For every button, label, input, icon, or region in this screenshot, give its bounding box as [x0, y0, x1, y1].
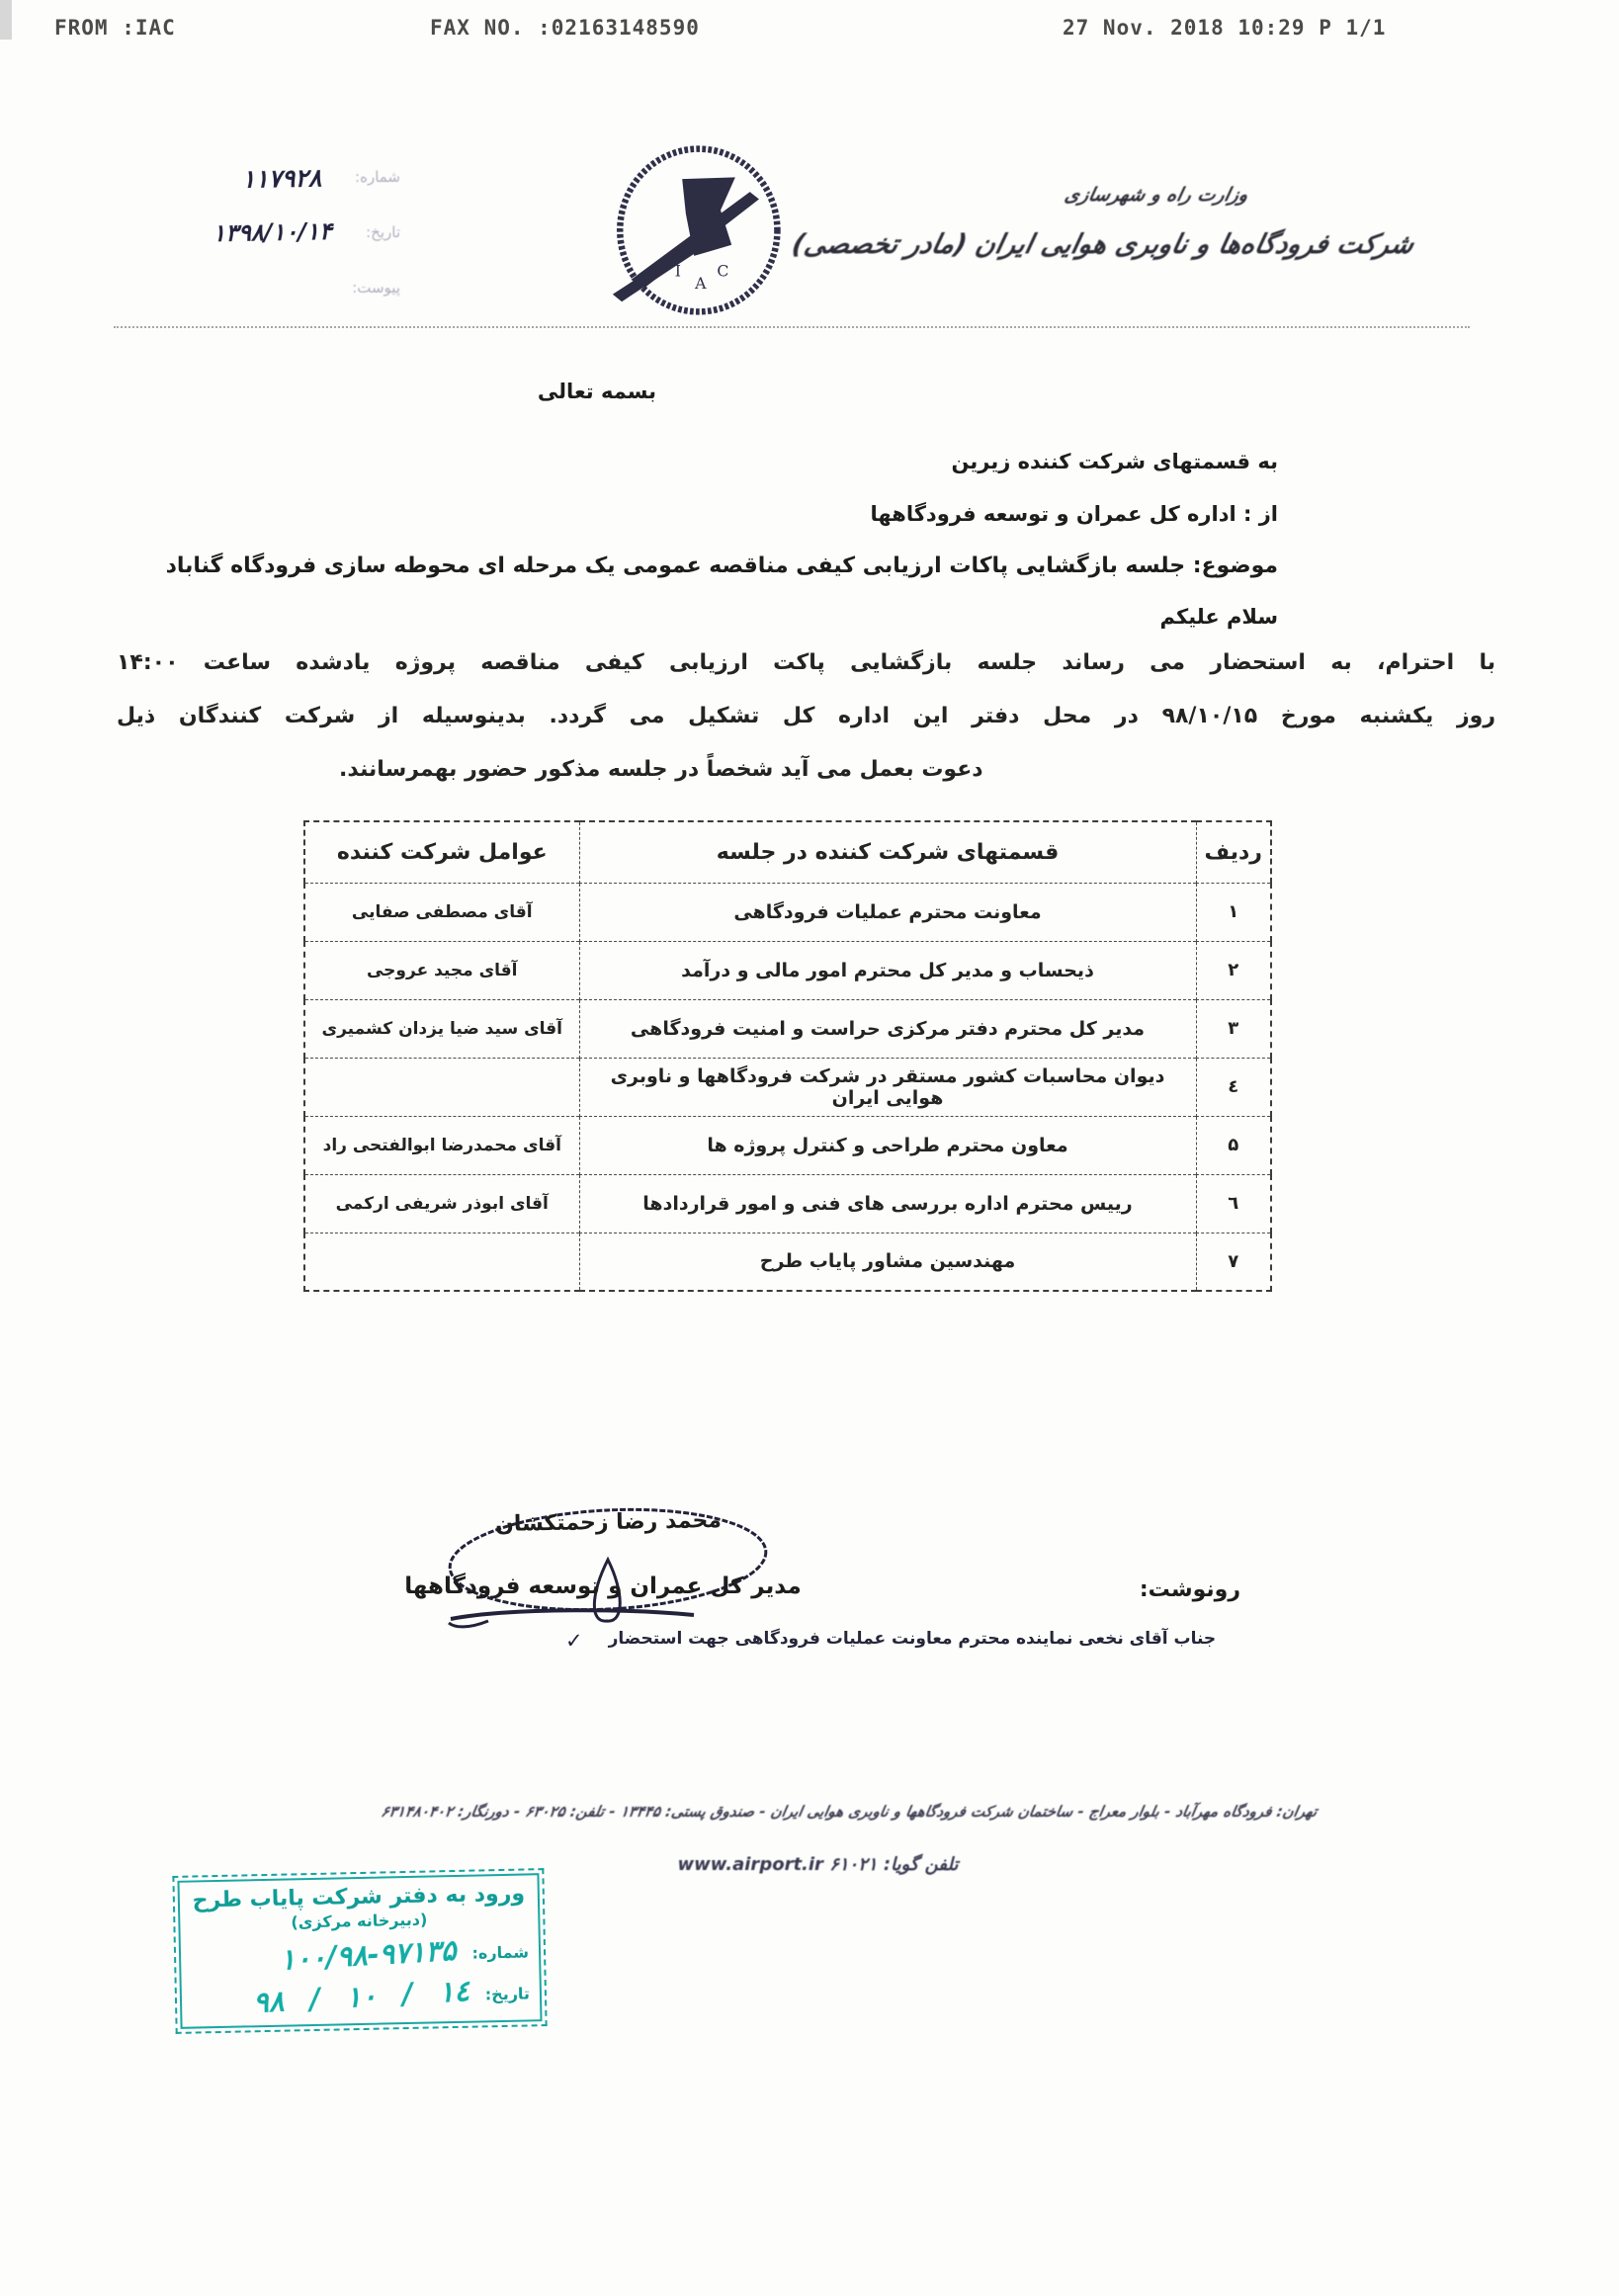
agent-cell — [304, 1058, 579, 1116]
letter-subject-line: موضوع: جلسه بازگشایی پاکات ارزیابی کیفی … — [166, 553, 1278, 578]
table-row: ۵ معاون محترم طراحی و کنترل پروژه ها آقا… — [304, 1116, 1271, 1174]
agent-cell: آقای مجید عروجی — [304, 941, 579, 999]
department-cell: ذیحساب و مدیر کل محترم امور مالی و درآمد — [579, 941, 1196, 999]
row-number-cell: ۵ — [1196, 1116, 1271, 1174]
signature-underline-icon — [445, 1603, 702, 1629]
table-row: ۳ مدیر کل محترم دفتر مرکزی حراست و امنیت… — [304, 999, 1271, 1058]
row-number-cell: ٤ — [1196, 1058, 1271, 1116]
letter-to-line: به قسمتهای شرکت کننده زیرین — [952, 450, 1279, 473]
checkmark-icon: ✓ — [565, 1629, 583, 1653]
table-row: ۲ ذیحساب و مدیر کل محترم امور مالی و درآ… — [304, 941, 1271, 999]
letter-from-line: از : اداره کل عمران و توسعه فرودگاهها — [871, 502, 1278, 526]
row-number-cell: ۲ — [1196, 941, 1271, 999]
body-paragraph-line-1: با احترام، به استحضار می رساند جلسه بازگ… — [117, 650, 1495, 675]
stamp-number-row: شماره: ۱۰۰/۹۸-۹۷۱۳۵ — [191, 1934, 530, 1975]
stamp-date-label: تاریخ: — [485, 1984, 531, 2003]
body-paragraph-line-2: روز یکشنبه مورخ ۹۸/۱۰/۱۵ در محل دفتر این… — [117, 704, 1495, 728]
letter-salutation: سلام علیکم — [1160, 605, 1278, 629]
row-number-cell: ٦ — [1196, 1174, 1271, 1233]
department-cell: مهندسین مشاور پایاب طرح — [579, 1233, 1196, 1291]
signatory-title: مدیر کل عمران و توسعه فرودگاهها — [390, 1573, 815, 1599]
col-header-row-number: ردیف — [1196, 821, 1271, 883]
agent-cell: آقای محمدرضا ابوالفتحی راد — [304, 1116, 579, 1174]
footer-address-line: تهران: فرودگاه مهرآباد - بلوار معراج - س… — [164, 1803, 1533, 1821]
body-paragraph-line-3: دعوت بعمل می آید شخصاً در جلسه مذکور حضو… — [339, 757, 983, 782]
table-row: ۱ معاونت محترم عملیات فرودگاهی آقای مصطف… — [304, 883, 1271, 941]
ref-date-label: تاریخ: — [341, 223, 400, 241]
fax-number: FAX NO. :02163148590 — [430, 16, 700, 40]
received-stamp: ورود به دفتر شرکت پایاب طرح (دبیرخانه مر… — [172, 1868, 547, 2034]
fax-document-page: FROM :IAC FAX NO. :02163148590 27 Nov. 2… — [0, 0, 1619, 2296]
col-header-agents: عوامل شرکت کننده — [304, 821, 579, 883]
stamp-number-label: شماره: — [471, 1942, 529, 1962]
received-stamp-inner-border: ورود به دفتر شرکت پایاب طرح (دبیرخانه مر… — [177, 1873, 542, 2029]
handwritten-ref-number: ۱۱۷۹۲۸ — [208, 163, 356, 195]
handwritten-ref-date: ۱۳۹۸/۱۰/۱۴ — [186, 216, 359, 247]
table-row: ۷ مهندسین مشاور پایاب طرح — [304, 1233, 1271, 1291]
stamp-date-value: ۹۸ / ۱۰ / ١٤ — [252, 1974, 470, 2019]
department-cell: رییس محترم اداره بررسی های فنی و امور قر… — [579, 1174, 1196, 1233]
stamp-number-value: ۱۰۰/۹۸-۹۷۱۳۵ — [279, 1933, 457, 1977]
table-row: ٦ رییس محترم اداره بررسی های فنی و امور … — [304, 1174, 1271, 1233]
table-header-row: ردیف قسمتهای شرکت کننده در جلسه عوامل شر… — [304, 821, 1271, 883]
row-number-cell: ۷ — [1196, 1233, 1271, 1291]
row-number-cell: ۳ — [1196, 999, 1271, 1058]
scanner-edge-artifact — [0, 0, 12, 40]
svg-text:C: C — [717, 261, 728, 280]
department-cell: معاون محترم طراحی و کنترل پروژه ها — [579, 1116, 1196, 1174]
agent-cell: آقای سید ضیا یزدان کشمیری — [304, 999, 579, 1058]
row-number-cell: ۱ — [1196, 883, 1271, 941]
department-cell: معاونت محترم عملیات فرودگاهی — [579, 883, 1196, 941]
letterhead-divider — [114, 326, 1470, 328]
fax-datetime: 27 Nov. 2018 10:29 P 1/1 — [1063, 16, 1386, 40]
fax-from: FROM :IAC — [54, 16, 176, 40]
agent-cell — [304, 1233, 579, 1291]
footer-website-line: تلفن گویا: ۶۱۰۲۱ www.airport.ir — [549, 1854, 1087, 1875]
cc-item-row: ✓ جناب آقای نخعی نماینده محترم معاونت عم… — [565, 1629, 1216, 1653]
col-header-department: قسمتهای شرکت کننده در جلسه — [579, 821, 1196, 883]
table-row: ٤ دیوان محاسبات کشور مستقر در شرکت فرودگ… — [304, 1058, 1271, 1116]
department-cell: دیوان محاسبات کشور مستقر در شرکت فرودگاه… — [579, 1058, 1196, 1116]
svg-text:I: I — [675, 261, 681, 280]
cc-label: رونوشت: — [1140, 1577, 1240, 1602]
stamp-date-row: تاریخ: ۹۸ / ۱۰ / ١٤ — [192, 1976, 531, 2016]
ref-attachment-label: پیوست: — [341, 279, 400, 297]
cc-item-text: جناب آقای نخعی نماینده محترم معاونت عملی… — [609, 1629, 1217, 1649]
ref-number-label: شماره: — [341, 168, 400, 186]
letterhead-ministry: وزارت راه و شهرسازی — [1006, 184, 1308, 206]
iac-logo: I A C — [605, 144, 789, 316]
participants-table: ردیف قسمتهای شرکت کننده در جلسه عوامل شر… — [303, 820, 1272, 1292]
svg-text:A: A — [694, 274, 707, 293]
letterhead-company: شرکت فرودگاه‌ها و ناوبری هوایی ایران (ما… — [817, 229, 1417, 260]
iac-logo-icon: I A C — [605, 144, 789, 316]
department-cell: مدیر کل محترم دفتر مرکزی حراست و امنیت ف… — [579, 999, 1196, 1058]
besmeh-taali: بسمه تعالی — [514, 380, 680, 403]
signature-underline — [445, 1603, 702, 1629]
agent-cell: آقای ابوذر شریفی ارکمی — [304, 1174, 579, 1233]
agent-cell: آقای مصطفی صفایی — [304, 883, 579, 941]
